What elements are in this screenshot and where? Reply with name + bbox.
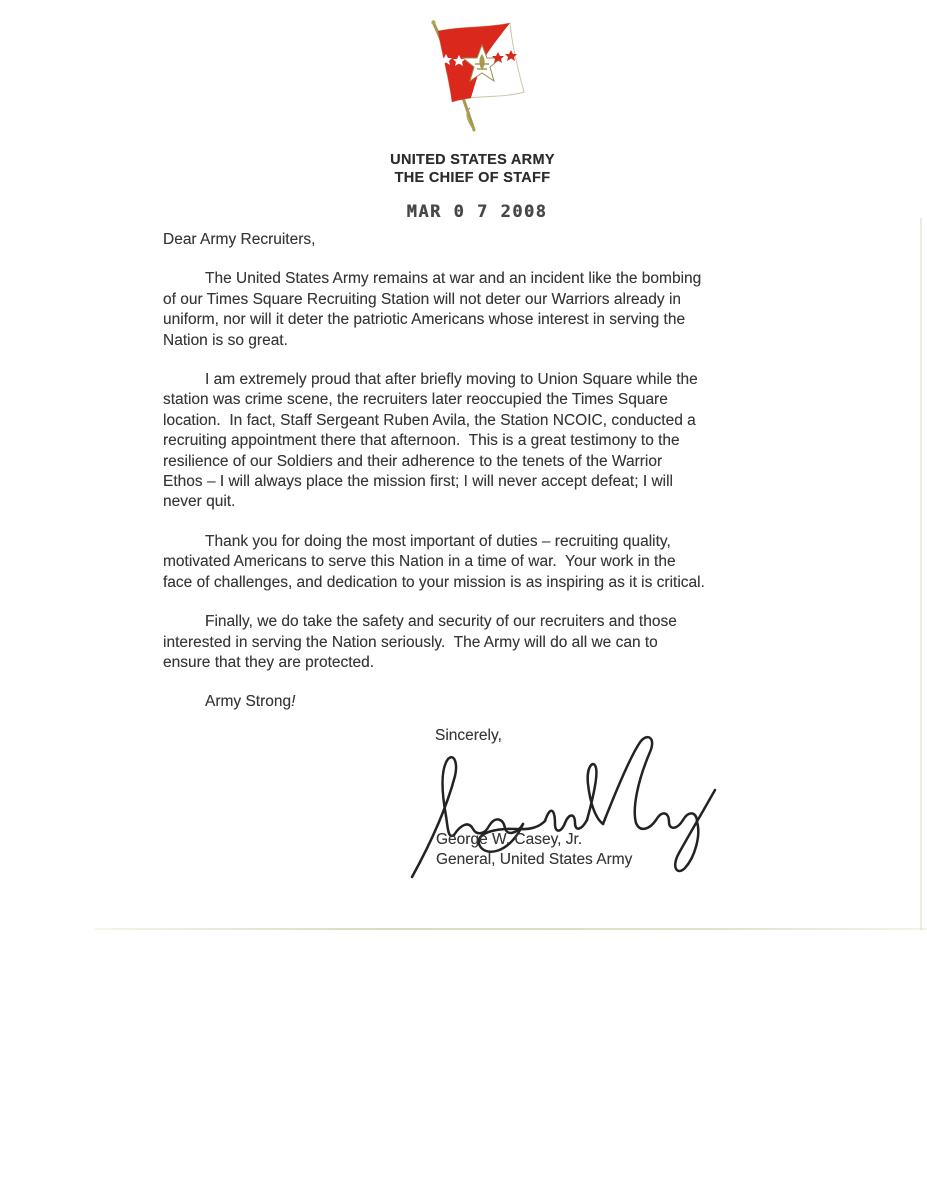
letterhead-office: THE CHIEF OF STAFF (330, 169, 615, 187)
scan-edge-line-right (920, 218, 922, 930)
body-paragraph: The United States Army remains at war an… (163, 269, 843, 351)
body-paragraph: Finally, we do take the safety and secur… (163, 612, 843, 673)
body-paragraph: Thank you for doing the most important o… (163, 532, 843, 593)
body-paragraph: I am extremely proud that after briefly … (163, 370, 843, 513)
slogan-exclamation: ! (291, 693, 295, 710)
slogan-text: Army Strong (205, 693, 291, 710)
flag-graphic (424, 12, 536, 140)
slogan: Army Strong! (163, 692, 843, 712)
letterhead: UNITED STATES ARMY THE CHIEF OF STAFF (330, 151, 615, 187)
date-stamp: MAR 0 7 2008 (377, 202, 577, 222)
salutation: Dear Army Recruiters, (163, 230, 843, 250)
signer-name: George W. Casey, Jr. (436, 831, 582, 849)
signer-title: General, United States Army (436, 851, 632, 869)
army-chief-of-staff-flag-icon (424, 12, 536, 140)
letterhead-org-name: UNITED STATES ARMY (330, 151, 615, 169)
scanned-letter-page: UNITED STATES ARMY THE CHIEF OF STAFF MA… (0, 0, 927, 1200)
scan-edge-line-bottom (95, 928, 927, 930)
letter-body: Dear Army Recruiters, The United States … (163, 230, 843, 732)
